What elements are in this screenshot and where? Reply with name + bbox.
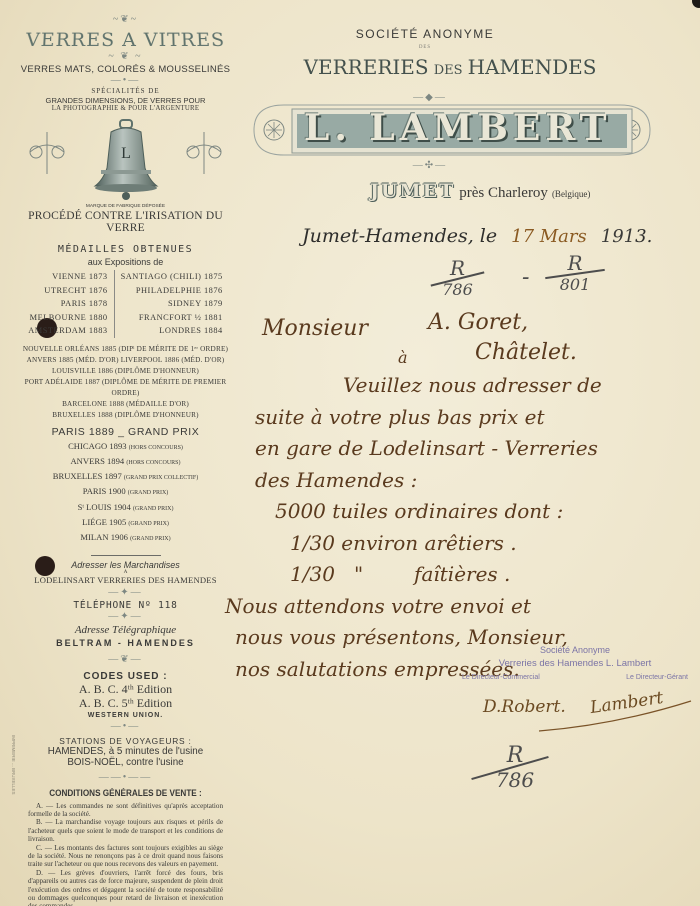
reference-801: R 801 xyxy=(545,253,605,295)
reference-dash: - xyxy=(522,265,529,290)
medal-item: ANVERS 1894 (HORS CONCOURS) xyxy=(18,455,233,470)
body-line: Veuillez nous adresser de xyxy=(225,370,695,402)
irisation-process: PROCÉDÉ CONTRE L'IRISATION DU VERRE xyxy=(18,210,233,234)
ornament-scroll: ~ ❦ ~ xyxy=(18,51,233,62)
condition-c: C. — Les montants des factures sont touj… xyxy=(28,844,223,869)
town-country: (Belgique) xyxy=(552,189,591,199)
place-date-line: Jumet-Hamendes, le 17 Mars 1913. xyxy=(302,225,652,247)
year-printed: 191 xyxy=(601,226,635,247)
bell-icon: L xyxy=(91,118,161,204)
medal-item: Sᵗ LOUIS 1904 (GRAND PRIX) xyxy=(18,501,233,516)
specialites-line-1: GRANDES DIMENSIONS, DE VERRES POUR xyxy=(18,96,233,105)
body-line: en gare de Lodelinsart - Verreries xyxy=(225,433,695,465)
lambert-name: L. LAMBERT xyxy=(304,107,624,149)
later-medals: CHICAGO 1893 (HORS CONCOURS) ANVERS 1894… xyxy=(18,440,233,547)
stations-heading: STATIONS DE VOYAGEURS : xyxy=(18,736,233,746)
medal-note: (GRAND PRIX) xyxy=(128,521,169,527)
medals-left-column: VIENNE 1873 UTRECHT 1876 PARIS 1878 MELB… xyxy=(22,270,114,338)
bell-trademark: L xyxy=(18,118,233,208)
company-name-hamendes: HAMENDES xyxy=(468,55,597,79)
specialites-label: SPÉCIALITÉS DE xyxy=(18,87,233,95)
place-date-printed: Jumet-Hamendes, le xyxy=(302,225,497,247)
ornament-divider: —✦— xyxy=(18,587,233,598)
stamp-role-commercial: Le Directeur-Commercial xyxy=(462,674,540,681)
conditions-text: A. — Les commandes ne sont définitives q… xyxy=(28,802,223,906)
station-hamendes: HAMENDES, à 5 minutes de l'usine xyxy=(18,746,233,757)
company-stamp: Société Anonyme Verreries des Hamendes L… xyxy=(460,645,690,681)
medal-item: SANTIAGO (CHILI) 1875 xyxy=(121,270,223,284)
company-name-verreries: VERRERIES xyxy=(304,55,429,79)
medal-note: (HORS CONCOURS) xyxy=(129,445,183,451)
paper-corner-shadow xyxy=(692,0,700,8)
company-name-des: DES xyxy=(434,63,463,78)
medal-place: PARIS 1900 xyxy=(83,486,126,496)
telegraph-label: Adresse Télégraphique xyxy=(18,624,233,636)
medal-item: LIÉGE 1905 (GRAND PRIX) xyxy=(18,516,233,531)
medal-item: VIENNE 1873 xyxy=(28,270,107,284)
reference-bottom: 801 xyxy=(545,275,605,295)
reference-786-bottom: R 786 xyxy=(485,745,545,791)
divider xyxy=(91,555,161,556)
medal-note: (GRAND PRIX) xyxy=(128,490,169,496)
medal-item: ANVERS 1885 (MÉD. D'OR) LIVERPOOL 1886 (… xyxy=(18,355,233,366)
salutation: Monsieur xyxy=(262,316,368,341)
medals-grid: VIENNE 1873 UTRECHT 1876 PARIS 1878 MELB… xyxy=(18,270,233,338)
codes-heading: CODES USED : xyxy=(18,671,233,682)
medal-place: ANVERS 1894 xyxy=(70,456,124,466)
medal-note: (GRAND PRIX COLLECTIF) xyxy=(124,475,198,481)
medals-list: NOUVELLE ORLÉANS 1885 (DIPˡ DE MÉRITE DE… xyxy=(18,344,233,421)
medal-place: LIÉGE 1905 xyxy=(82,517,126,527)
lambert-banner: L. LAMBERT xyxy=(248,101,656,159)
medal-place: BRUXELLES 1897 xyxy=(53,471,122,481)
verres-a-vitres-title: VERRES A VITRES xyxy=(17,29,234,51)
ornament-divider: —✦— xyxy=(18,611,233,622)
body-line: suite à votre plus bas prix et xyxy=(225,402,695,434)
ornament-divider: —•— xyxy=(18,721,233,732)
printer-imprint: IMPRIMERIE ... BRUXELLES xyxy=(6,735,16,855)
code-western-union: WESTERN UNION. xyxy=(18,712,233,719)
grand-prix-1889: PARIS 1889 _ GRAND PRIX xyxy=(18,426,233,438)
specialites-line-2: LA PHOTOGRAPHIE & POUR L'ARGENTURE xyxy=(18,105,233,112)
medal-item: MELBOURNE 1880 xyxy=(28,311,107,325)
recipient-name: A. Goret, xyxy=(428,310,528,335)
verres-subtitle: VERRES MATS, COLORÉS & MOUSSELINÉS xyxy=(18,64,233,75)
town-suffix: près Charleroy xyxy=(459,185,548,201)
stamp-role-gerant: Le Directeur-Gérant xyxy=(626,674,688,681)
medals-right-column: SANTIAGO (CHILI) 1875 PHILADELPHIE 1876 … xyxy=(115,270,229,338)
medal-item: FRANCFORT ½ 1881 xyxy=(121,311,223,325)
reference-786: R 786 xyxy=(430,258,485,300)
ornament-divider: —❦— xyxy=(18,654,233,665)
conditions-heading: CONDITIONS GÉNÉRALES DE VENTE : xyxy=(33,788,218,799)
condition-d: D. — Les grèves d'ouvriers, l'arrêt forc… xyxy=(28,869,223,906)
medal-place: Sᵗ LOUIS 1904 xyxy=(78,502,131,512)
company-name: VERRERIES DES HAMENDES xyxy=(300,55,600,79)
medal-item: BARCELONE 1888 (MÉDAILLE D'OR) xyxy=(18,399,233,410)
medal-item: LOUISVILLE 1886 (DIPLÔME D'HONNEUR) xyxy=(18,366,233,377)
town-jumet: JUMET xyxy=(370,180,455,202)
medal-place: CHICAGO 1893 xyxy=(68,441,127,451)
ornament-below-banner: —✣— xyxy=(380,160,480,171)
medal-item: PARIS 1900 (GRAND PRIX) xyxy=(18,485,233,500)
ornament-divider: ——•—— xyxy=(18,772,233,783)
condition-b: B. — La marchandise voyage toujours aux … xyxy=(28,818,223,843)
shipping-label: Adresser les Marchandises xyxy=(18,560,233,570)
letter-body: Veuillez nous adresser de suite à votre … xyxy=(225,370,695,685)
body-line: 1/30 " faîtières . xyxy=(225,559,695,591)
medal-note: (GRAND PRIX) xyxy=(133,506,174,512)
medal-item: MILAN 1906 (GRAND PRIX) xyxy=(18,531,233,546)
medal-item: SIDNEY 1879 xyxy=(121,297,223,311)
stamp-roles: Le Directeur-Commercial Le Directeur-Gér… xyxy=(460,674,690,681)
medal-item: NOUVELLE ORLÉANS 1885 (DIPˡ DE MÉRITE DE… xyxy=(18,344,233,355)
ornament-top: ~❦~ xyxy=(18,14,233,25)
body-line: 1/30 environ arêtiers . xyxy=(225,528,695,560)
ornament-scroll-right-icon xyxy=(179,128,229,178)
medals-subheading: aux Expositions de xyxy=(18,257,233,267)
code-abc-5: A. B. C. 5ᵗʰ Edition xyxy=(18,696,233,710)
letterhead-left-panel: ~❦~ VERRES A VITRES ~ ❦ ~ VERRES MATS, C… xyxy=(18,10,233,906)
reference-top: R xyxy=(485,745,545,767)
medal-item: BRUXELLES 1897 (GRAND PRIX COLLECTIF) xyxy=(18,470,233,485)
recipient-town-prefix: à xyxy=(398,348,408,367)
medals-heading: MÉDAILLES OBTENUES xyxy=(18,244,233,255)
recipient-town: Châtelet. xyxy=(475,340,577,365)
signature-underline-icon xyxy=(535,695,695,735)
medal-note: (GRAND PRIX) xyxy=(130,536,171,542)
ornament-divider: —•— xyxy=(18,75,233,86)
date-handwritten: 17 Mars xyxy=(511,226,587,247)
stamp-line-2: Verreries des Hamendes L. Lambert xyxy=(460,658,690,669)
company-type: SOCIÉTÉ ANONYME xyxy=(310,27,540,41)
medal-place: MILAN 1906 xyxy=(80,532,128,542)
telegraph-address: BELTRAM - HAMENDES xyxy=(18,638,233,648)
town-line: JUMET près Charleroy (Belgique) xyxy=(370,180,690,202)
condition-a: A. — Les commandes ne sont définitives q… xyxy=(28,802,223,819)
stamp-line-1: Société Anonyme xyxy=(460,645,690,655)
des-label: DES xyxy=(410,45,440,50)
body-line: 5000 tuiles ordinaires dont : xyxy=(225,496,695,528)
medal-item: CHICAGO 1893 (HORS CONCOURS) xyxy=(18,440,233,455)
medal-item: LONDRES 1884 xyxy=(121,324,223,338)
medal-item: PHILADELPHIE 1876 xyxy=(121,284,223,298)
code-abc-4: A. B. C. 4ᵗʰ Edition xyxy=(18,682,233,696)
medal-note: (HORS CONCOURS) xyxy=(126,460,180,466)
telephone-number: TÉLÉPHONE Nº 118 xyxy=(18,600,233,611)
medal-item: PARIS 1878 xyxy=(28,297,107,311)
shipping-address: LODELINSART VERRERIES DES HAMENDES xyxy=(18,575,233,585)
year-handwritten: 3. xyxy=(635,226,652,247)
body-line: Nous attendons votre envoi et xyxy=(225,591,695,623)
station-bois-noel: BOIS-NOËL, contre l'usine xyxy=(18,757,233,768)
medal-item: AMSTERDAM 1883 xyxy=(28,324,107,338)
medal-item: UTRECHT 1876 xyxy=(28,284,107,298)
svg-text:L: L xyxy=(121,145,131,162)
medal-item: PORT ADÉLAIDE 1887 (DIPLÔME DE MÉRITE DE… xyxy=(18,377,233,399)
medal-item: BRUXELLES 1888 (DIPLÔME D'HONNEUR) xyxy=(18,410,233,421)
ornament-scroll-left-icon xyxy=(22,128,72,178)
body-line: des Hamendes : xyxy=(225,465,695,497)
